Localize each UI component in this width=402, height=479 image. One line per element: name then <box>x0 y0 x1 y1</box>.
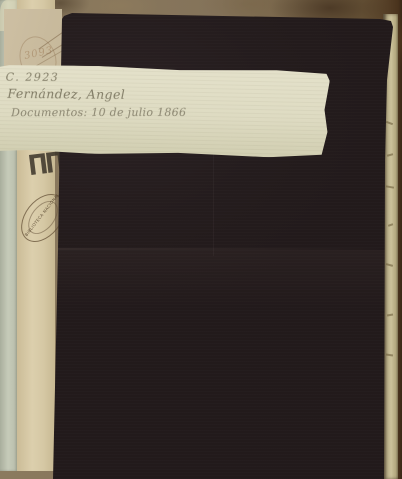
fold-crease-vertical <box>213 148 214 256</box>
faint-ink-mark <box>387 153 393 156</box>
archive-label: C. 2923 Fernández, Angel Documentos: 10 … <box>0 64 330 158</box>
faint-ink-mark <box>387 313 393 316</box>
label-call-number: C. 2923 <box>6 71 60 84</box>
faint-ink-mark <box>388 223 393 226</box>
scanned-archival-document: 3093 ΠΠ BIBLIOTECA NACIONAL C. 2923 Fern… <box>0 0 402 479</box>
faint-ink-mark <box>386 185 394 188</box>
fold-highlight <box>55 250 388 308</box>
fold-crease-horizontal <box>55 248 388 250</box>
faint-ink-mark <box>386 263 393 266</box>
label-document-date: Documentos: 10 de julio 1866 <box>11 106 186 119</box>
faint-ink-mark <box>386 354 393 356</box>
faint-ink-mark <box>386 121 393 125</box>
label-person-name: Fernández, Angel <box>7 86 125 102</box>
